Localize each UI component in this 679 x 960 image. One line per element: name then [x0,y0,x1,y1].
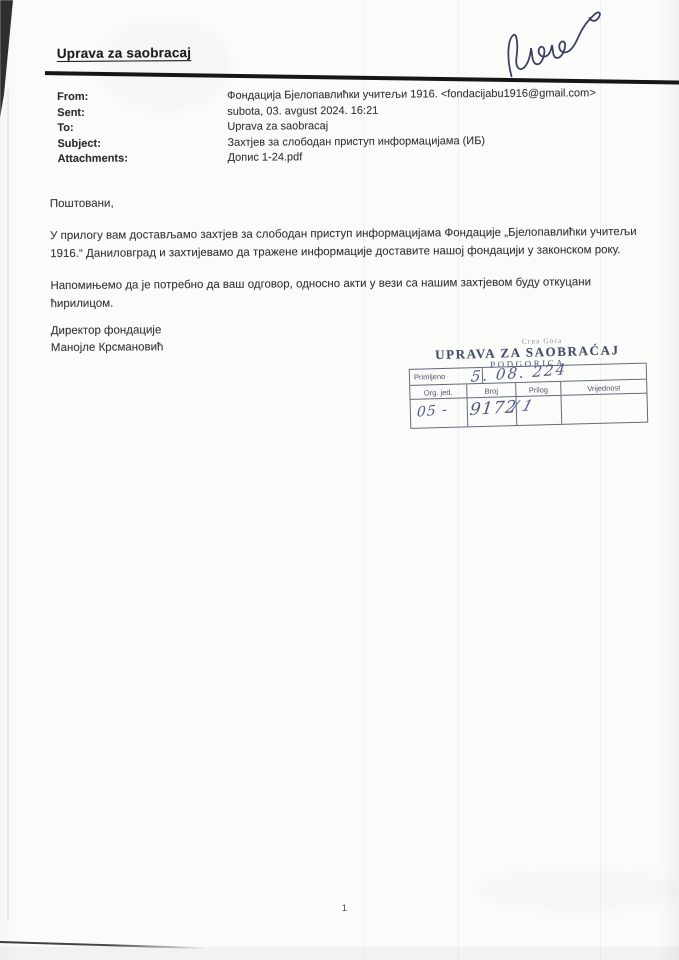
email-header-value-sent: subota, 03. avgust 2024. 16:21 [227,103,378,120]
email-header-value-attachments: Допис 1-24.pdf [228,151,303,167]
email-header-value-from: Фондација Бјелопавлићки учитељи 1916. <f… [227,86,596,104]
email-header-row: Attachments: Допис 1-24.pdf [58,148,658,168]
email-header-label-to: To: [57,120,227,137]
email-header-value-subject: Захтјев за слободан приступ информацијам… [227,134,485,151]
email-header-label-from: From: [57,89,227,106]
letter-body: Поштовани, У прилогу вам достављамо захт… [50,192,647,356]
paragraph-line: 1916.“ Даниловград и захтијевамо да траж… [50,242,646,264]
stamp-value-broj: 9172 [468,397,517,420]
scanned-letter-page: Uprava za saobracaj From: Фондација Бјел… [0,0,679,960]
page-number: 1 [342,903,347,914]
title-rule [45,71,679,84]
stamp-col-header-vrijednost: Vrijednost [561,380,646,395]
greeting-text: Поштовани, [50,192,646,214]
stamp-col-header-prilog: Prilog [516,382,561,396]
email-header-value-to: Uprava za saobracaj [227,119,328,135]
email-header-block: From: Фондација Бјелопавлићки учитељи 19… [57,86,658,168]
stamp-value-prilog: / 1 [510,397,535,416]
stamp-values-row: 05 - 9172 / 1 [411,394,648,428]
email-header-label-sent: Sent: [57,104,227,121]
paragraph-2: Напомињемо да је потребно да ваш одговор… [50,274,646,313]
letter-content: Uprava za saobracaj From: Фондација Бјел… [0,0,679,960]
stamp-col-header-org-jed: Org. jed. [410,384,467,398]
receipt-stamp: Crna Gora UPRAVA ZA SAOBRAĆAJ PODGORICA … [408,334,648,429]
stamp-value-org-jed: 05 - [417,402,449,421]
email-header-label-attachments: Attachments: [58,151,228,168]
document-title: Uprava za saobracaj [57,45,191,61]
stamp-value-vrijednost [562,394,648,424]
paragraph-1: У прилогу вам достављамо захтјев за слоб… [50,224,646,263]
email-header-label-subject: Subject: [57,136,227,153]
